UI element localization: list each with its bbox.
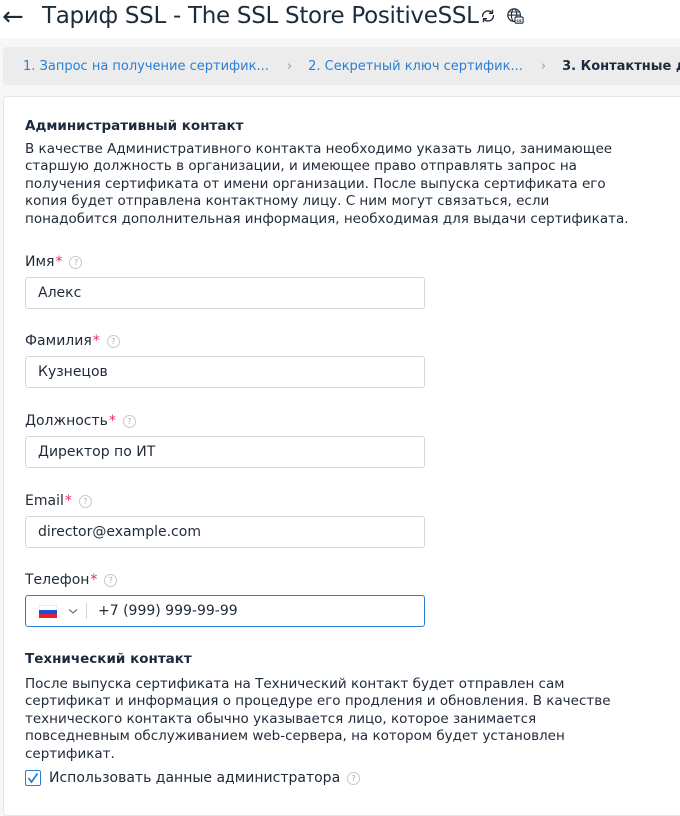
help-icon[interactable]: ?	[104, 574, 117, 587]
breadcrumb: 1. Запрос на получение сертифик... › 2. …	[3, 47, 680, 85]
chevron-down-icon[interactable]	[68, 606, 78, 616]
required-marker: *	[109, 413, 116, 429]
required-marker: *	[55, 254, 62, 270]
required-marker: *	[93, 333, 100, 349]
first-name-label: Имя* ?	[25, 254, 82, 270]
use-admin-data-row[interactable]: Использовать данные администратора ?	[25, 770, 360, 786]
last-name-field[interactable]: Кузнецов	[25, 356, 425, 388]
position-label: Должность* ?	[25, 413, 136, 429]
admin-contact-description: В качестве Административного контакта не…	[25, 141, 645, 228]
help-icon[interactable]: ?	[107, 335, 120, 348]
phone-label: Телефон* ?	[25, 572, 117, 588]
last-name-label: Фамилия* ?	[25, 333, 120, 349]
use-admin-data-checkbox[interactable]	[25, 770, 41, 786]
help-icon[interactable]: ?	[123, 415, 136, 428]
svg-text:cs: cs	[516, 19, 522, 24]
breadcrumb-step-3: 3. Контактные данные	[562, 59, 680, 74]
help-icon[interactable]: ?	[79, 495, 92, 508]
position-field[interactable]: Директор по ИТ	[25, 436, 425, 468]
checkmark-icon	[27, 772, 39, 784]
required-marker: *	[65, 493, 72, 509]
email-field[interactable]: director@example.com	[25, 516, 425, 548]
tech-contact-title: Технический контакт	[25, 651, 192, 667]
phone-input[interactable]: +7 (999) 999-99-99	[98, 603, 238, 619]
use-admin-data-label[interactable]: Использовать данные администратора	[49, 770, 340, 786]
admin-contact-title: Административный контакт	[25, 118, 243, 134]
contact-form-card: Административный контакт В качестве Адми…	[3, 96, 680, 795]
page-title: Тариф SSL - The SSL Store PositiveSSL	[42, 3, 479, 29]
phone-field[interactable]: +7 (999) 999-99-99	[25, 595, 425, 627]
arrow-left-icon[interactable]: ←	[2, 2, 24, 32]
refresh-icon[interactable]	[479, 7, 497, 25]
tech-contact-description: После выпуска сертификата на Технический…	[25, 676, 645, 763]
breadcrumb-step-2[interactable]: 2. Секретный ключ сертифик...	[308, 59, 523, 74]
breadcrumb-step-1[interactable]: 1. Запрос на получение сертифик...	[23, 59, 269, 74]
chevron-right-icon: ›	[541, 59, 546, 74]
divider	[86, 603, 87, 619]
russia-flag-icon[interactable]	[39, 605, 57, 618]
chevron-right-icon: ›	[287, 59, 292, 74]
required-marker: *	[90, 572, 97, 588]
help-icon[interactable]: ?	[347, 772, 360, 785]
globe-icon[interactable]: cs	[506, 7, 524, 25]
email-label: Email* ?	[25, 493, 92, 509]
help-icon[interactable]: ?	[69, 256, 82, 269]
page-header: ← Тариф SSL - The SSL Store PositiveSSL …	[0, 0, 680, 38]
first-name-field[interactable]: Алекс	[25, 277, 425, 309]
